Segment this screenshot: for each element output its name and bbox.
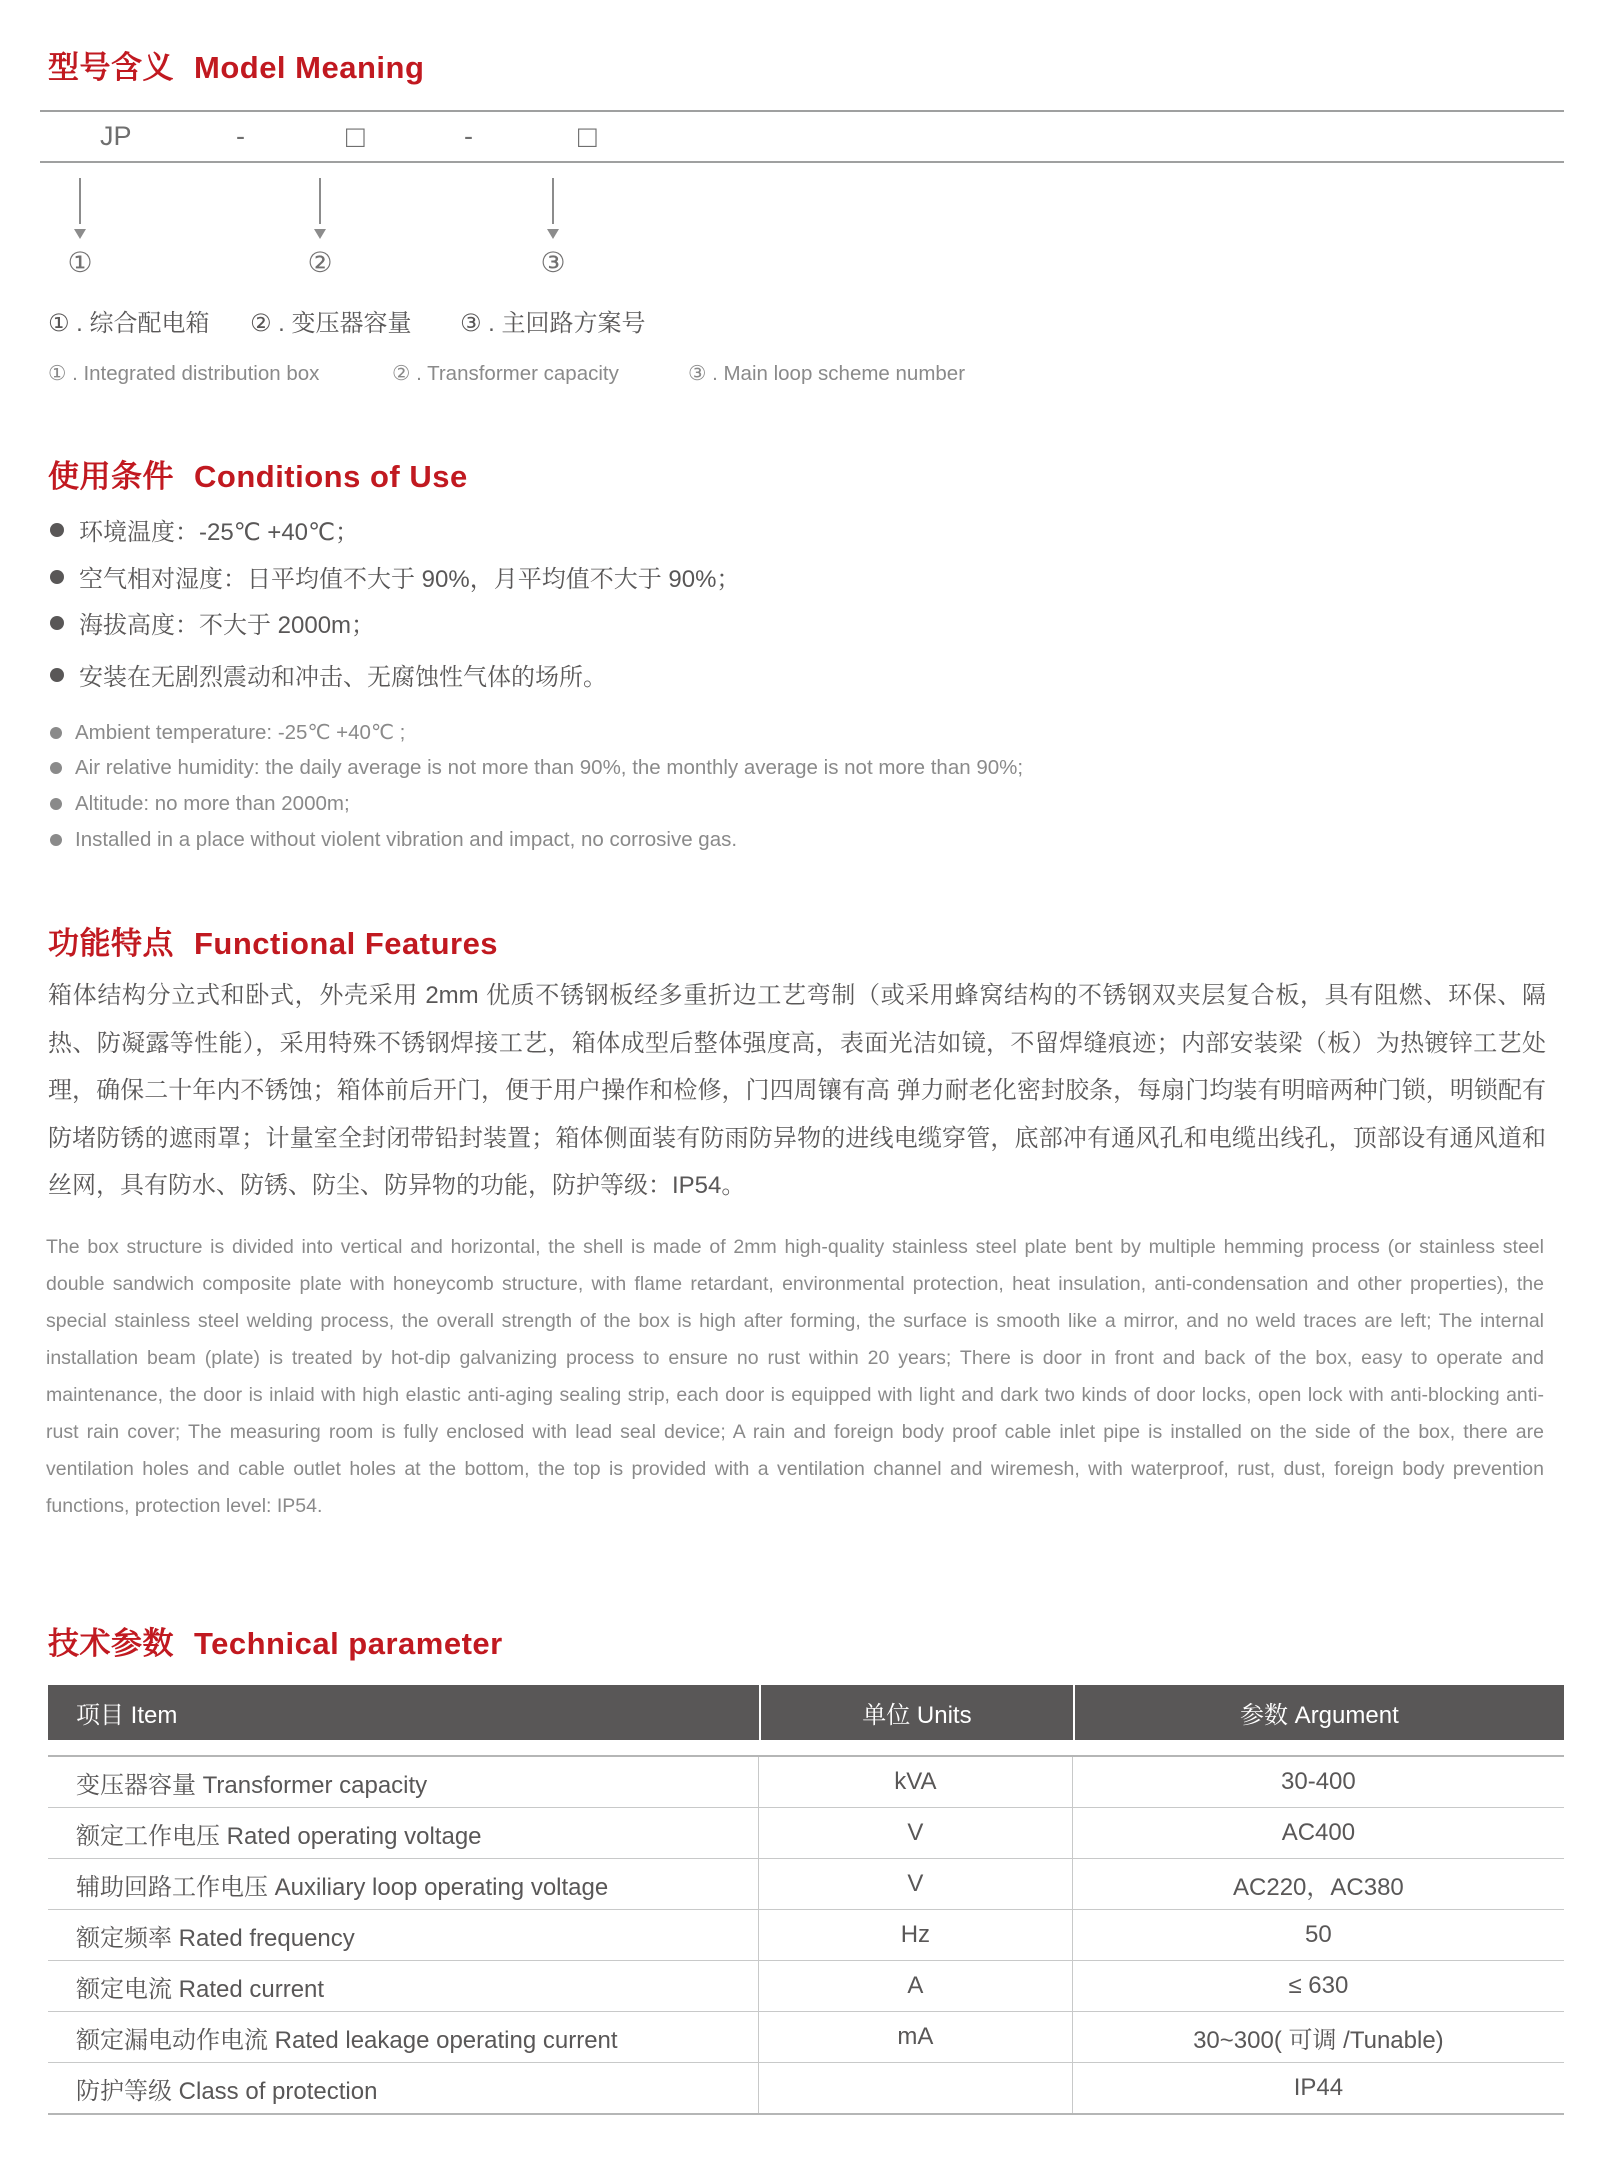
model-code-row: JP - □ - □: [40, 110, 1564, 163]
cell-value: AC220，AC380: [1073, 1859, 1564, 1909]
features-paragraph-en: The box structure is divided into vertic…: [46, 1229, 1544, 1525]
condition-bullet-zh: 安装在无剧烈震动和冲击、无腐蚀性气体的场所。: [50, 657, 607, 692]
bullet-text: Installed in a place without violent vib…: [75, 828, 737, 852]
down-arrow-icon: [79, 178, 81, 224]
cell-value: 30-400: [1073, 1757, 1564, 1807]
cell-unit: kVA: [759, 1757, 1073, 1807]
table-row: 变压器容量 Transformer capacity kVA 30-400: [48, 1757, 1564, 1808]
conditions-heading: 使用条件Conditions of Use: [48, 451, 468, 496]
technical-heading-en: Technical parameter: [194, 1626, 503, 1661]
cell-unit: V: [759, 1808, 1073, 1858]
bullet-icon: [50, 570, 64, 584]
bullet-text: 海拔高度：不大于 2000m；: [79, 605, 375, 640]
model-caption-zh-3: ③ . 主回路方案号: [460, 303, 646, 338]
technical-table: 变压器容量 Transformer capacity kVA 30-400 额定…: [48, 1755, 1564, 2115]
features-heading: 功能特点Functional Features: [48, 918, 498, 963]
model-meaning-heading: 型号含义Model Meaning: [48, 42, 424, 87]
table-header-row: 项目 Item 单位 Units 参数 Argument: [48, 1685, 1564, 1740]
bullet-text: 空气相对湿度：日平均值不大于 90%，月平均值不大于 90%；: [79, 559, 740, 594]
bullet-icon: [50, 798, 62, 810]
bullet-icon: [50, 523, 64, 537]
cell-value: 50: [1073, 1910, 1564, 1960]
model-caption-zh-1: ① . 综合配电箱: [48, 303, 210, 338]
bullet-icon: [50, 834, 62, 846]
table-row: 额定电流 Rated current A ≤ 630: [48, 1961, 1564, 2012]
table-row: 辅助回路工作电压 Auxiliary loop operating voltag…: [48, 1859, 1564, 1910]
bullet-icon: [50, 727, 62, 739]
features-heading-en: Functional Features: [194, 926, 498, 961]
model-meaning-heading-en: Model Meaning: [194, 50, 424, 85]
condition-bullet-en: Installed in a place without violent vib…: [50, 828, 737, 852]
condition-bullet-zh: 海拔高度：不大于 2000m；: [50, 605, 375, 640]
cell-item: 辅助回路工作电压 Auxiliary loop operating voltag…: [48, 1859, 759, 1909]
cell-unit: Hz: [759, 1910, 1073, 1960]
cell-value: 30~300( 可调 /Tunable): [1073, 2012, 1564, 2062]
model-code-placeholder-box: □: [578, 112, 597, 161]
cell-unit: V: [759, 1859, 1073, 1909]
technical-heading: 技术参数Technical parameter: [48, 1618, 503, 1663]
bullet-text: 环境温度：-25℃ +40℃；: [79, 512, 359, 547]
model-code-prefix: JP: [100, 112, 132, 161]
down-arrow-icon: [319, 178, 321, 224]
table-row: 额定漏电动作电流 Rated leakage operating current…: [48, 2012, 1564, 2063]
model-caption-en-1: ① . Integrated distribution box: [48, 361, 319, 386]
cell-unit: mA: [759, 2012, 1073, 2062]
bullet-text: 安装在无剧烈震动和冲击、无腐蚀性气体的场所。: [79, 657, 607, 692]
condition-bullet-en: Altitude: no more than 2000m;: [50, 792, 350, 816]
cell-item: 防护等级 Class of protection: [48, 2063, 759, 2113]
cell-value: IP44: [1073, 2063, 1564, 2113]
table-row: 额定工作电压 Rated operating voltage V AC400: [48, 1808, 1564, 1859]
bullet-icon: [50, 616, 64, 630]
table-row: 防护等级 Class of protection IP44: [48, 2063, 1564, 2115]
circled-number-1: ①: [62, 246, 98, 279]
model-code-placeholder-box: □: [346, 112, 365, 161]
cell-value: AC400: [1073, 1808, 1564, 1858]
bullet-text: Air relative humidity: the daily average…: [75, 756, 1023, 780]
table-row: 额定频率 Rated frequency Hz 50: [48, 1910, 1564, 1961]
table-header-units: 单位 Units: [759, 1685, 1073, 1740]
catalog-page: 型号含义Model Meaning JP - □ - □ ① ② ③ ① . 综…: [0, 0, 1600, 2157]
bullet-text: Ambient temperature: -25℃ +40℃ ;: [75, 720, 405, 745]
cell-value: ≤ 630: [1073, 1961, 1564, 2011]
model-code-separator: -: [464, 112, 473, 161]
cell-item: 额定电流 Rated current: [48, 1961, 759, 2011]
condition-bullet-zh: 空气相对湿度：日平均值不大于 90%，月平均值不大于 90%；: [50, 559, 740, 594]
cell-unit: A: [759, 1961, 1073, 2011]
conditions-heading-en: Conditions of Use: [194, 459, 468, 494]
features-heading-zh: 功能特点: [48, 926, 174, 961]
cell-item: 额定工作电压 Rated operating voltage: [48, 1808, 759, 1858]
conditions-heading-zh: 使用条件: [48, 459, 174, 494]
bullet-icon: [50, 668, 64, 682]
model-meaning-heading-zh: 型号含义: [48, 50, 174, 85]
model-code-separator: -: [236, 112, 245, 161]
cell-item: 额定漏电动作电流 Rated leakage operating current: [48, 2012, 759, 2062]
features-paragraph-zh: 箱体结构分立式和卧式，外壳采用 2mm 优质不锈钢板经多重折边工艺弯制（或采用蜂…: [48, 972, 1546, 1210]
model-caption-zh-2: ② . 变压器容量: [250, 303, 412, 338]
table-header-item: 项目 Item: [48, 1685, 759, 1740]
circled-number-3: ③: [535, 246, 571, 279]
condition-bullet-en: Air relative humidity: the daily average…: [50, 756, 1023, 780]
table-header-argument: 参数 Argument: [1073, 1685, 1564, 1740]
bullet-text: Altitude: no more than 2000m;: [75, 792, 350, 816]
technical-heading-zh: 技术参数: [48, 1626, 174, 1661]
circled-number-2: ②: [302, 246, 338, 279]
cell-unit: [759, 2063, 1073, 2113]
model-caption-en-2: ② . Transformer capacity: [392, 361, 619, 386]
condition-bullet-zh: 环境温度：-25℃ +40℃；: [50, 512, 359, 547]
condition-bullet-en: Ambient temperature: -25℃ +40℃ ;: [50, 720, 405, 745]
down-arrow-icon: [552, 178, 554, 224]
model-caption-en-3: ③ . Main loop scheme number: [688, 361, 965, 386]
cell-item: 变压器容量 Transformer capacity: [48, 1757, 759, 1807]
cell-item: 额定频率 Rated frequency: [48, 1910, 759, 1960]
bullet-icon: [50, 762, 62, 774]
